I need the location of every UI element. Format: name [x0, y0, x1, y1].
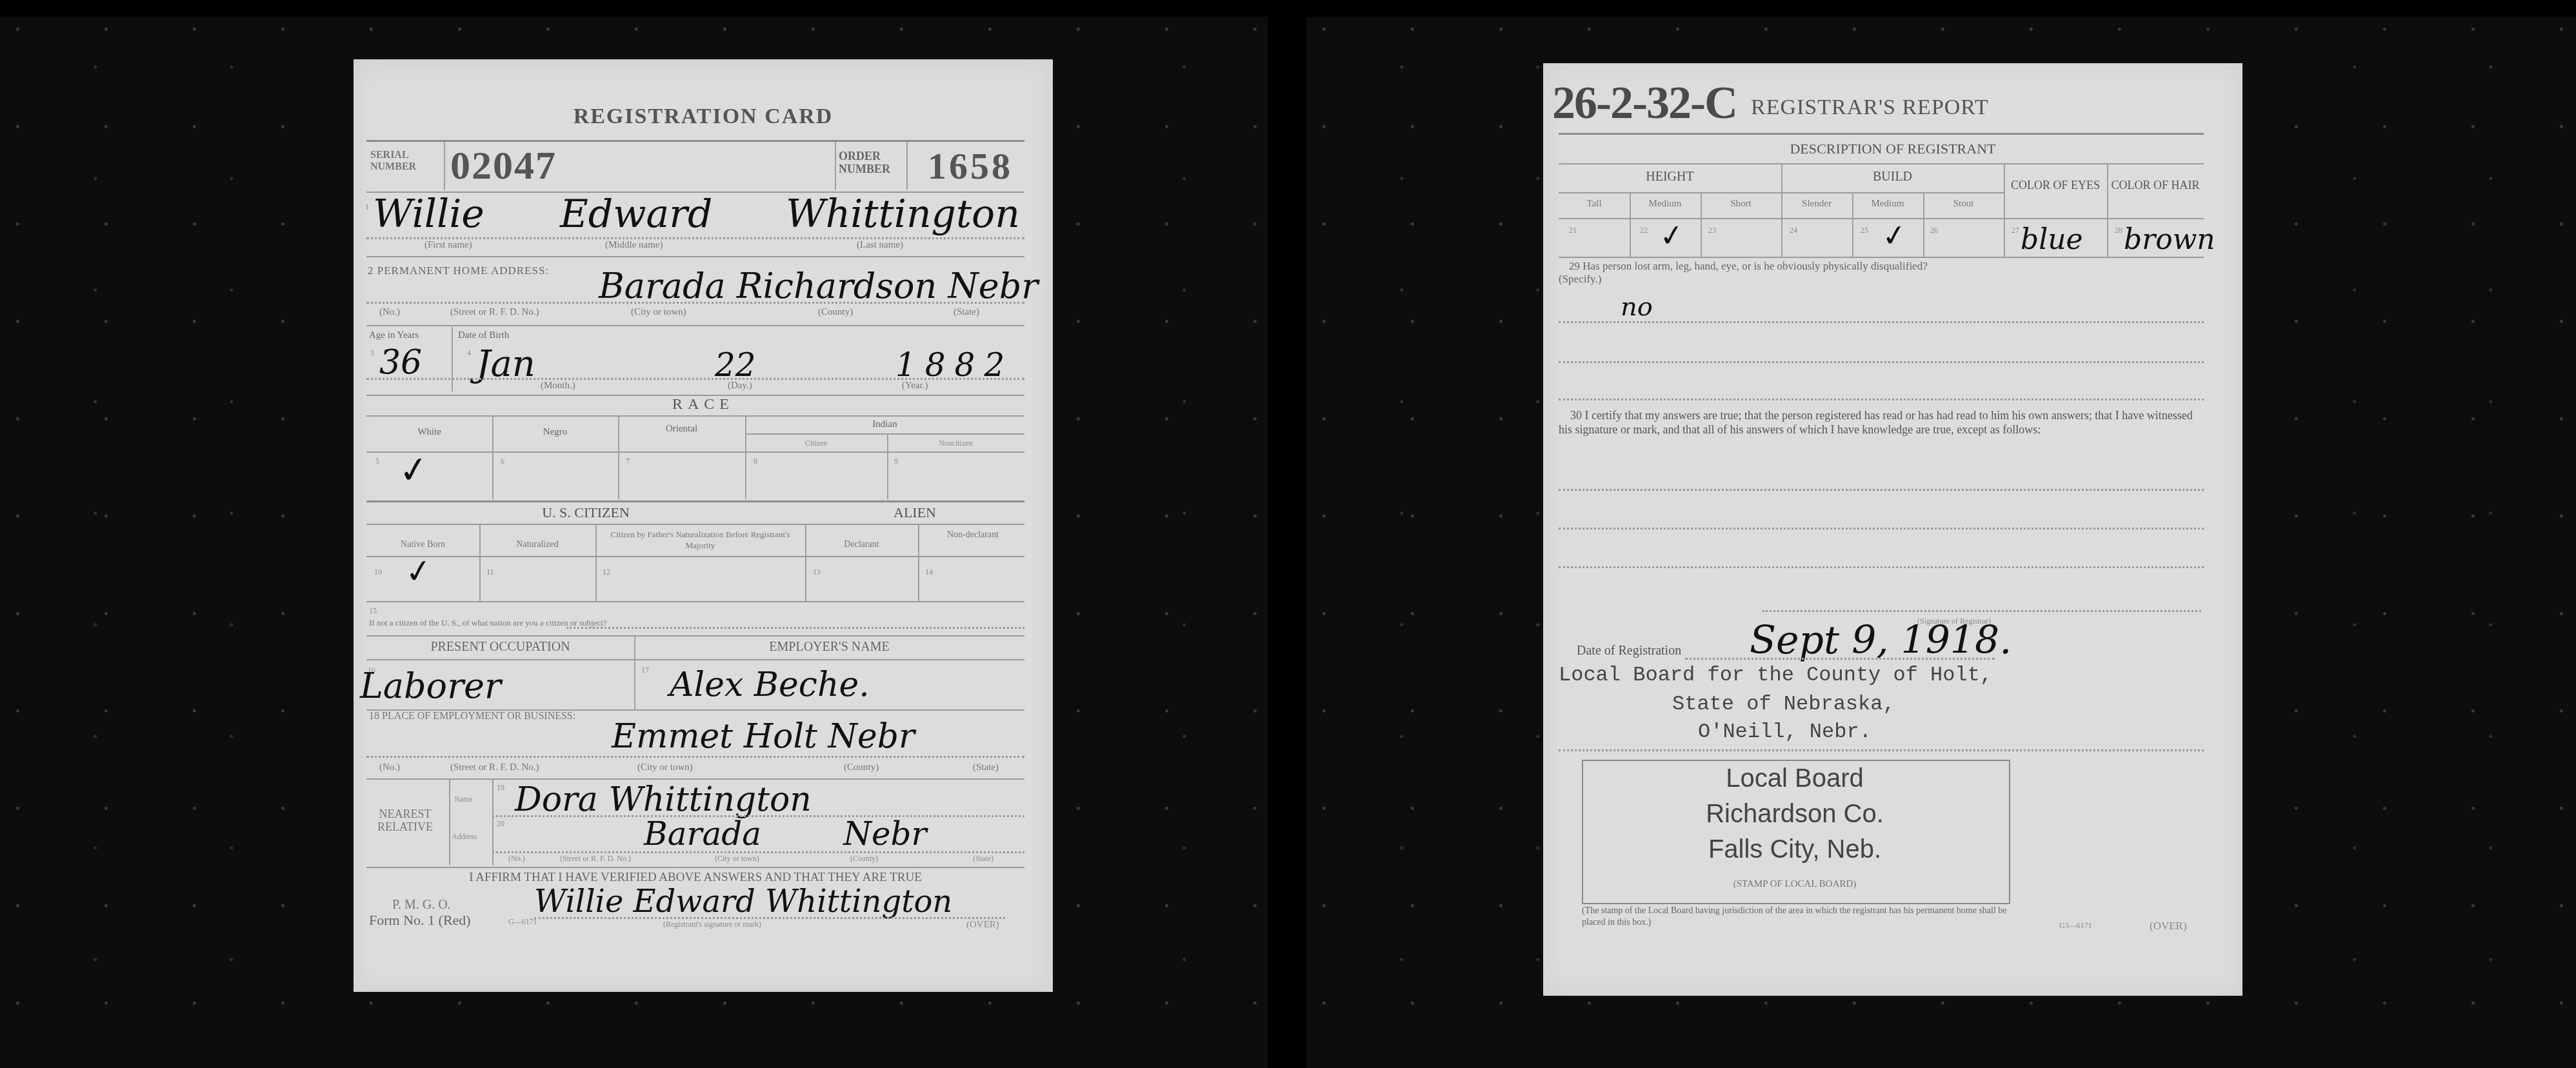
- naturalized-label: Naturalized: [479, 540, 595, 550]
- field-number: 12: [603, 568, 610, 577]
- declarant-label: Declarant: [805, 540, 918, 550]
- stamp-line-3: Falls City, Neb.: [1582, 834, 2008, 865]
- field-number: 13: [813, 568, 821, 577]
- card-title: REGISTRATION CARD: [354, 104, 1053, 129]
- field-number: 6: [501, 457, 504, 466]
- field-number: 21: [1569, 226, 1577, 235]
- relative-name-value: Dora Whittington: [515, 780, 812, 819]
- race-indian-label: Indian: [745, 419, 1024, 430]
- caption-state: (State): [973, 854, 993, 864]
- occupation-label: PRESENT OCCUPATION: [366, 640, 634, 655]
- employment-place-label: 18 PLACE OF EMPLOYMENT OR BUSINESS:: [369, 711, 575, 722]
- native-born-label: Native Born: [366, 540, 479, 550]
- order-number-label: ORDER NUMBER: [839, 150, 903, 175]
- alien-title: ALIEN: [805, 504, 1024, 521]
- caption-county: (County): [844, 762, 879, 773]
- race-white-checkmark-icon: ✓: [396, 448, 432, 493]
- build-title: BUILD: [1781, 170, 2004, 184]
- board-line-1: Local Board for the County of Holt,: [1559, 663, 1992, 687]
- caption-month: (Month.): [541, 381, 575, 391]
- affirmation-text: I AFFIRM THAT I HAVE VERIFIED ABOVE ANSW…: [366, 871, 1024, 885]
- citizen-by-father-label: Citizen by Father's Naturalization Befor…: [595, 529, 805, 551]
- relative-address-label: Address: [452, 832, 477, 842]
- caption-city: (City or town): [631, 307, 686, 318]
- field-number: 11: [486, 568, 494, 577]
- last-name: Whittington: [786, 192, 1020, 237]
- registrars-report-card: 26-2-32-C REGISTRAR'S REPORT DESCRIPTION…: [1543, 63, 2242, 996]
- height-short-label: Short: [1701, 199, 1781, 210]
- field-number: 22: [1640, 226, 1648, 235]
- print-code: G—6171: [508, 917, 537, 927]
- field-number: 20: [497, 819, 504, 829]
- home-address-label: 2 PERMANENT HOME ADDRESS:: [368, 264, 549, 277]
- field-number: 26: [1930, 226, 1938, 235]
- field-number: 23: [1708, 226, 1716, 235]
- stamp-code: 26-2-32-C: [1552, 76, 1737, 130]
- race-oriental-label: Oriental: [618, 424, 745, 435]
- caption-year: (Year.): [902, 381, 928, 391]
- caption-state: (State): [954, 307, 979, 318]
- date-of-registration-label: Date of Registration: [1577, 644, 1681, 658]
- caption-street: (Street or R. F. D. No.): [450, 307, 539, 318]
- field-number: 3: [370, 348, 374, 358]
- home-address-value: Barada Richardson Nebr: [599, 266, 1038, 306]
- build-stout-label: Stout: [1923, 199, 2004, 210]
- q29-specify: (Specify.): [1559, 273, 1601, 286]
- us-citizen-title: U. S. CITIZEN: [366, 504, 805, 521]
- field-number: 4: [467, 348, 471, 358]
- relative-name-label: Name: [454, 795, 473, 804]
- field-number: 1: [365, 203, 369, 212]
- field-number: 9: [894, 457, 898, 466]
- last-name-caption: (Last name): [857, 240, 903, 251]
- q29-answer: no: [1621, 292, 1653, 322]
- stamp-caption: (STAMP OF LOCAL BOARD): [1582, 879, 2008, 890]
- race-indian-noncitizen-label: Noncitizen: [887, 439, 1024, 448]
- serial-number-label: SERIAL NUMBER: [370, 150, 441, 173]
- serial-number: 02047: [450, 143, 557, 189]
- print-code: G3—6171: [2059, 921, 2092, 931]
- build-slender-label: Slender: [1781, 199, 1852, 210]
- field-number: 24: [1790, 226, 1797, 235]
- field-number: 27: [2012, 226, 2019, 235]
- build-medium-checkmark-icon: ✓: [1879, 217, 1909, 255]
- age-value: 36: [379, 343, 422, 382]
- board-line-3: O'Neill, Nebr.: [1698, 720, 1872, 744]
- signature-caption: (Registrant's signature or mark): [663, 920, 761, 929]
- race-indian-citizen-label: Citizen: [745, 439, 887, 448]
- field-number: 10: [374, 568, 382, 577]
- employment-place-value: Emmet Holt Nebr: [612, 717, 915, 756]
- hair-color-value: brown: [2124, 223, 2215, 256]
- caption-county: (County): [850, 854, 878, 864]
- field-number: 19: [497, 783, 504, 793]
- over-label: (OVER): [2150, 920, 2187, 933]
- non-declarant-label: Non-declarant: [921, 530, 1024, 540]
- form-id-pmgo: P. M. G. O.: [392, 898, 451, 913]
- caption-county: (County): [818, 307, 853, 318]
- field-number: 28: [2115, 226, 2122, 235]
- field-number: 14: [925, 568, 933, 577]
- native-born-checkmark-icon: ✓: [403, 551, 435, 591]
- caption-day: (Day.): [728, 381, 752, 391]
- employer-value: Alex Beche.: [670, 666, 870, 704]
- race-title: RACE: [354, 396, 1053, 413]
- age-label: Age in Years: [369, 330, 419, 341]
- eye-color-title: COLOR OF EYES: [2004, 178, 2107, 192]
- relative-address-value: Barada Nebr: [644, 815, 926, 853]
- field-number: 25: [1861, 226, 1868, 235]
- report-title: REGISTRAR'S REPORT: [1751, 95, 1989, 120]
- registration-card: REGISTRATION CARD SERIAL NUMBER 02047 OR…: [354, 59, 1053, 992]
- caption-city: (City or town): [715, 854, 759, 864]
- middle-name-caption: (Middle name): [605, 240, 663, 251]
- first-name: Willie: [373, 192, 484, 237]
- field-number: 15: [369, 606, 377, 616]
- microfilm-gutter: [1268, 0, 1306, 1068]
- dob-label: Date of Birth: [458, 330, 509, 341]
- height-medium-label: Medium: [1630, 199, 1701, 210]
- field-number: 5: [375, 457, 379, 466]
- q29-text: 29 Has person lost arm, leg, hand, eye, …: [1569, 260, 1928, 273]
- occupation-value: Laborer: [360, 666, 501, 706]
- race-white-label: White: [366, 427, 492, 438]
- description-title: DESCRIPTION OF REGISTRANT: [1543, 141, 2242, 157]
- height-title: HEIGHT: [1559, 170, 1781, 184]
- first-name-caption: (First name): [424, 240, 472, 251]
- caption-no: (No.): [379, 762, 400, 773]
- caption-street: (Street or R. F. D. No.): [560, 854, 631, 864]
- q30-text: 30 I certify that my answers are true; t…: [1559, 408, 2204, 437]
- employer-label: EMPLOYER'S NAME: [634, 640, 1024, 655]
- eye-color-value: blue: [2021, 223, 2083, 256]
- height-tall-label: Tall: [1559, 199, 1630, 210]
- hair-color-title: COLOR OF HAIR: [2107, 178, 2204, 192]
- stamp-line-1: Local Board: [1582, 763, 2008, 794]
- field-number: 8: [754, 457, 757, 466]
- stamp-note: (The stamp of the Local Board having jur…: [1582, 905, 2008, 929]
- caption-state: (State): [973, 762, 999, 773]
- stamp-line-2: Richardson Co.: [1582, 798, 2008, 829]
- board-line-2: State of Nebraska,: [1672, 692, 1895, 716]
- height-medium-checkmark-icon: ✓: [1657, 217, 1686, 255]
- registrant-signature: Willie Edward Whittington: [534, 884, 952, 920]
- over-label: (OVER): [966, 920, 999, 931]
- field-number: 7: [626, 457, 630, 466]
- caption-no: (No.): [508, 854, 525, 864]
- caption-no: (No.): [379, 307, 400, 318]
- order-number: 1658: [928, 144, 1013, 188]
- date-of-registration-value: Sept 9, 1918.: [1750, 618, 2012, 663]
- build-medium-label: Medium: [1852, 199, 1923, 210]
- caption-city: (City or town): [637, 762, 693, 773]
- middle-name: Edward: [560, 192, 712, 237]
- form-id-number: Form No. 1 (Red): [369, 912, 471, 929]
- nearest-relative-label: NEAREST RELATIVE: [366, 807, 444, 833]
- film-edge: [0, 0, 2576, 17]
- field-number: 17: [641, 666, 649, 675]
- caption-street: (Street or R. F. D. No.): [450, 762, 539, 773]
- race-negro-label: Negro: [492, 427, 618, 438]
